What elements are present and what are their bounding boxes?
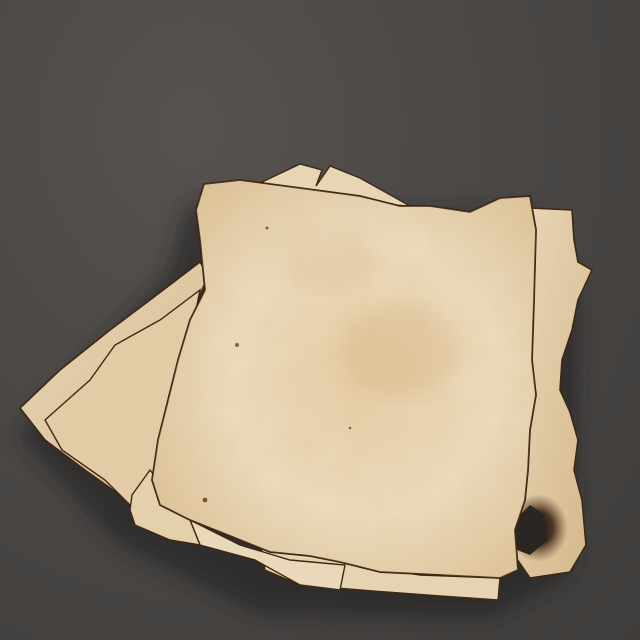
stain-dot (349, 427, 352, 430)
stain-dot (235, 343, 239, 347)
photo-scene (0, 0, 640, 640)
stain-spot (280, 230, 380, 290)
stain-spot (340, 305, 460, 395)
stain-dot (266, 227, 269, 230)
paper-stack (0, 0, 640, 640)
stain-dot (203, 498, 208, 503)
